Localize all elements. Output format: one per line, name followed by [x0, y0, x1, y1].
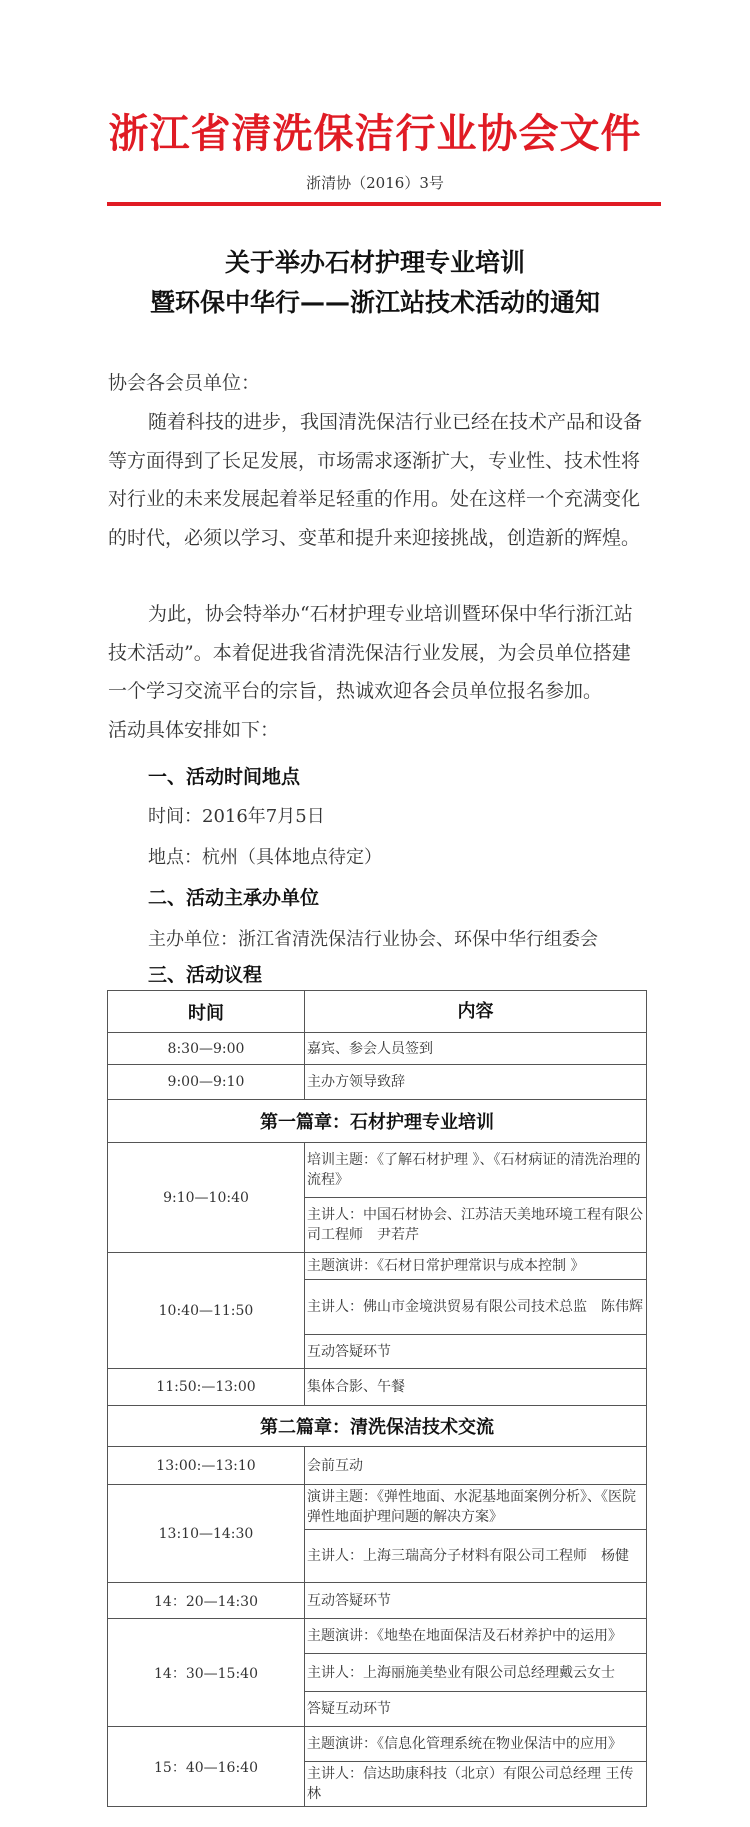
section-heading-time-place: 一、活动时间地点 [148, 762, 300, 789]
chapter-row-1: 第一篇章：石材护理专业培训 [107, 1100, 647, 1143]
time-cell: 13:00:—13:10 [108, 1447, 305, 1484]
time-cell: 10:40—11:50 [108, 1253, 305, 1368]
content-cell: 演讲主题：《弹性地面、水泥基地面案例分析》、《医院弹性地面护理问题的解决方案》 [304, 1485, 646, 1530]
chapter-row-2: 第二篇章：清洗保洁技术交流 [107, 1406, 647, 1447]
content-cell: 主讲人：上海丽施美垫业有限公司总经理戴云女士 [304, 1654, 646, 1692]
table-header-row: 时间 内容 [107, 990, 647, 1033]
time-cell: 15：40—16:40 [108, 1727, 305, 1806]
table-row: 13:00:—13:10 会前互动 [107, 1447, 647, 1485]
section-heading-agenda: 三、活动议程 [148, 960, 262, 987]
paragraph-2: 为此，协会特举办“石材护理专业培训暨环保中华行浙江站技术活动”。本着促进我省清洗… [108, 595, 648, 711]
time-cell: 14：20—14:30 [108, 1583, 305, 1618]
notice-title-line-1: 关于举办石材护理专业培训 [0, 245, 750, 281]
content-cell: 嘉宾、参会人员签到 [304, 1033, 646, 1064]
red-divider [107, 202, 661, 206]
document-masthead: 浙江省清洗保洁行业协会文件 [0, 110, 750, 158]
time-cell: 9:00—9:10 [108, 1065, 305, 1099]
arrangement-intro: 活动具体安排如下： [108, 711, 648, 750]
table-row: 9:00—9:10 主办方领导致辞 [107, 1065, 647, 1100]
content-cell: 答疑互动环节 [304, 1692, 646, 1726]
column-header-content: 内容 [304, 991, 646, 1032]
table-row: 10:40—11:50 主题演讲：《石材日常护理常识与成本控制 》 主讲人：佛山… [107, 1253, 647, 1369]
content-cell: 互动答疑环节 [304, 1335, 646, 1368]
content-cell: 互动答疑环节 [304, 1583, 646, 1618]
table-row: 9:10—10:40 培训主题：《了解石材护理 》、《石材病证的清洗治理的流程》… [107, 1143, 647, 1253]
event-organizer: 主办单位：浙江省清洗保洁行业协会、环保中华行组委会 [148, 925, 598, 951]
content-cell: 主讲人：信达助康科技（北京）有限公司总经理 王传林 [304, 1762, 646, 1806]
time-cell: 13:10—14:30 [108, 1485, 305, 1582]
table-row: 15：40—16:40 主题演讲：《信息化管理系统在物业保洁中的应用》 主讲人：… [107, 1727, 647, 1807]
table-row: 14：20—14:30 互动答疑环节 [107, 1583, 647, 1619]
table-row: 14：30—15:40 主题演讲：《地垫在地面保洁及石材养护中的运用》 主讲人：… [107, 1619, 647, 1727]
time-cell: 9:10—10:40 [108, 1143, 305, 1252]
paragraph-1: 随着科技的进步，我国清洗保洁行业已经在技术产品和设备等方面得到了长足发展，市场需… [108, 403, 648, 557]
content-cell: 会前互动 [304, 1447, 646, 1484]
content-cell: 主讲人：中国石材协会、江苏洁天美地环境工程有限公司工程师 尹若芹 [304, 1198, 646, 1252]
content-cell: 集体合影、午餐 [304, 1369, 646, 1405]
time-cell: 11:50:—13:00 [108, 1369, 305, 1405]
table-row: 13:10—14:30 演讲主题：《弹性地面、水泥基地面案例分析》、《医院弹性地… [107, 1485, 647, 1583]
column-header-time: 时间 [108, 991, 305, 1032]
time-cell: 14：30—15:40 [108, 1619, 305, 1726]
content-cell: 培训主题：《了解石材护理 》、《石材病证的清洗治理的流程》 [304, 1143, 646, 1198]
event-place: 地点：杭州（具体地点待定） [148, 843, 382, 869]
table-row: 8:30—9:00 嘉宾、参会人员签到 [107, 1033, 647, 1065]
content-cell: 主讲人：佛山市金境洪贸易有限公司技术总监 陈伟辉 [304, 1280, 646, 1335]
content-cell: 主题演讲：《信息化管理系统在物业保洁中的应用》 [304, 1727, 646, 1762]
time-cell: 8:30—9:00 [108, 1033, 305, 1064]
event-time: 时间：2016年7月5日 [148, 802, 325, 828]
content-cell: 主题演讲：《石材日常护理常识与成本控制 》 [304, 1253, 646, 1280]
salutation: 协会各会员单位： [108, 364, 648, 403]
table-row: 11:50:—13:00 集体合影、午餐 [107, 1369, 647, 1406]
content-cell: 主办方领导致辞 [304, 1065, 646, 1099]
notice-title-line-2: 暨环保中华行——浙江站技术活动的通知 [0, 285, 750, 321]
content-cell: 主题演讲：《地垫在地面保洁及石材养护中的运用》 [304, 1619, 646, 1654]
content-cell: 主讲人：上海三瑞高分子材料有限公司工程师 杨健 [304, 1530, 646, 1582]
section-heading-organizers: 二、活动主承办单位 [148, 883, 319, 910]
document-number: 浙清协（2016）3号 [0, 172, 750, 193]
